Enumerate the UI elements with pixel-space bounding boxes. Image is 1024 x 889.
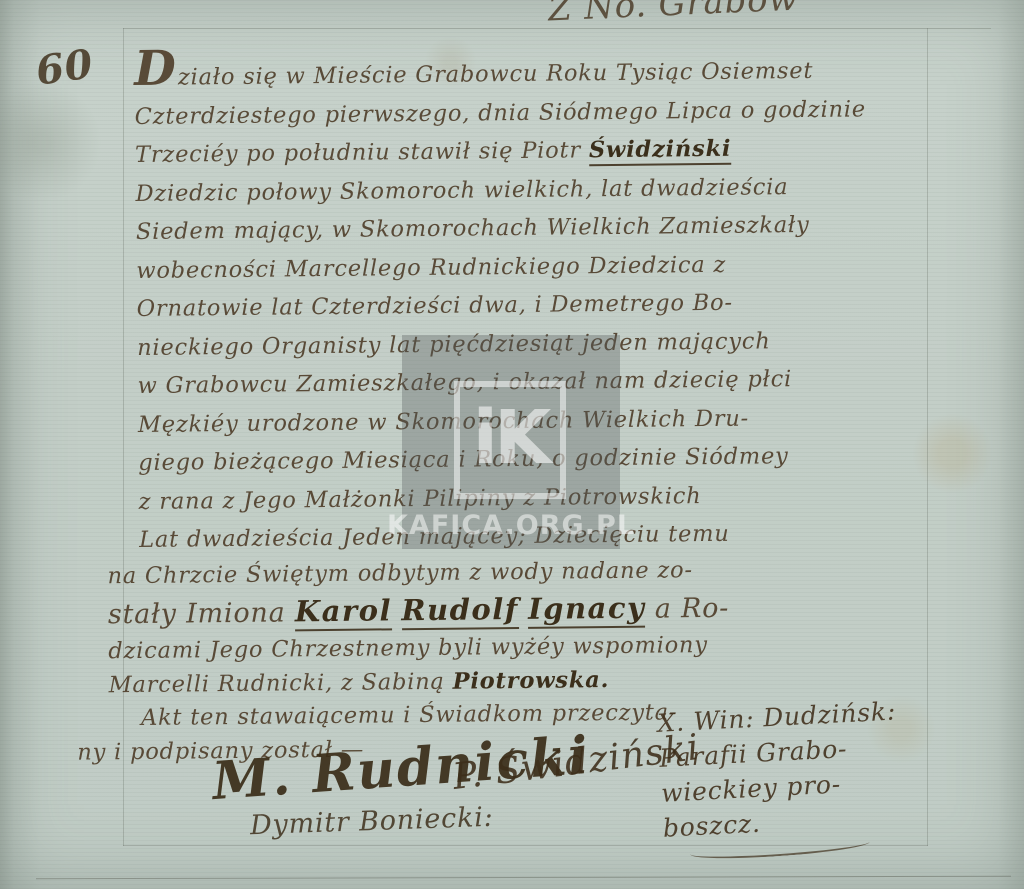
text-segment: Działo się w Mieście Grabowcu Roku Tysią… [134,58,813,91]
text-segment: Siedem mający, w Skomorochach Wielkich Z… [136,212,810,245]
priest-signature-block: X. Win: Dudzińsk: Parafii Grabo- wieckie… [657,690,964,846]
text-segment: na Chrzcie Świętym odbytym z wody nadane… [107,557,693,589]
top-annotation: Z No. Grabow [547,0,799,29]
text-segment: nieckiego Organisty lat pięćdziesiąt jed… [137,328,771,361]
text-segment: stały Imiona [108,597,295,630]
underlined-name: Ignacy [528,591,646,629]
underlined-name: Piotrowska. [453,667,610,695]
ruled-border-left [123,28,124,846]
text-segment: dzicami Jego Chrzestnemy byli wyżéy wspo… [108,632,708,664]
bottom-rule-line [36,876,1011,880]
text-segment: w Grabowcu Zamieszkałego, i okazał nam d… [137,366,792,399]
text-segment: Męzkiéy urodzone w Skomorochach Wielkich… [138,405,749,437]
document-page: Z No. Grabow 60 Działo się w Mieście Gra… [0,0,1024,889]
text-segment: Akt ten stawaiącemu i Świadkom przeczyta… [141,699,678,731]
text-segment: a Ro- [645,593,729,625]
text-segment: Czterdziestego pierwszego, dnia Siódmego… [135,96,866,130]
record-body: Działo się w Mieście Grabowcu Roku Tysią… [134,41,981,769]
text-segment: giego bieżącego Miesiąca i Roku, o godzi… [138,443,789,476]
text-segment: Dziedzic połowy Skomoroch wielkich, lat … [135,174,788,207]
signature-d-boniecki: Dymitr Boniecki: [250,802,495,841]
record-number: 60 [33,40,96,95]
underlined-name: Świdziński [589,136,732,166]
text-segment: Ornatowie lat Czterdzieści dwa, i Demetr… [137,290,733,322]
text-segment [392,596,402,627]
underlined-name: Karol [295,593,393,631]
text-segment: wobecności Marcellego Rudnickiego Dziedz… [136,251,726,283]
underlined-name: Rudolf [401,592,519,630]
text-segment: Lat dwadzieścia Jeden mającey; Dziecięci… [139,521,730,553]
text-segment: Trzeciéy po południu stawił się Piotr [135,137,589,168]
text-segment: Marcelli Rudnicki, z Sabiną [109,668,453,698]
text-segment: z rana z Jego Małżonki Pilipiny z Piotro… [139,483,702,515]
